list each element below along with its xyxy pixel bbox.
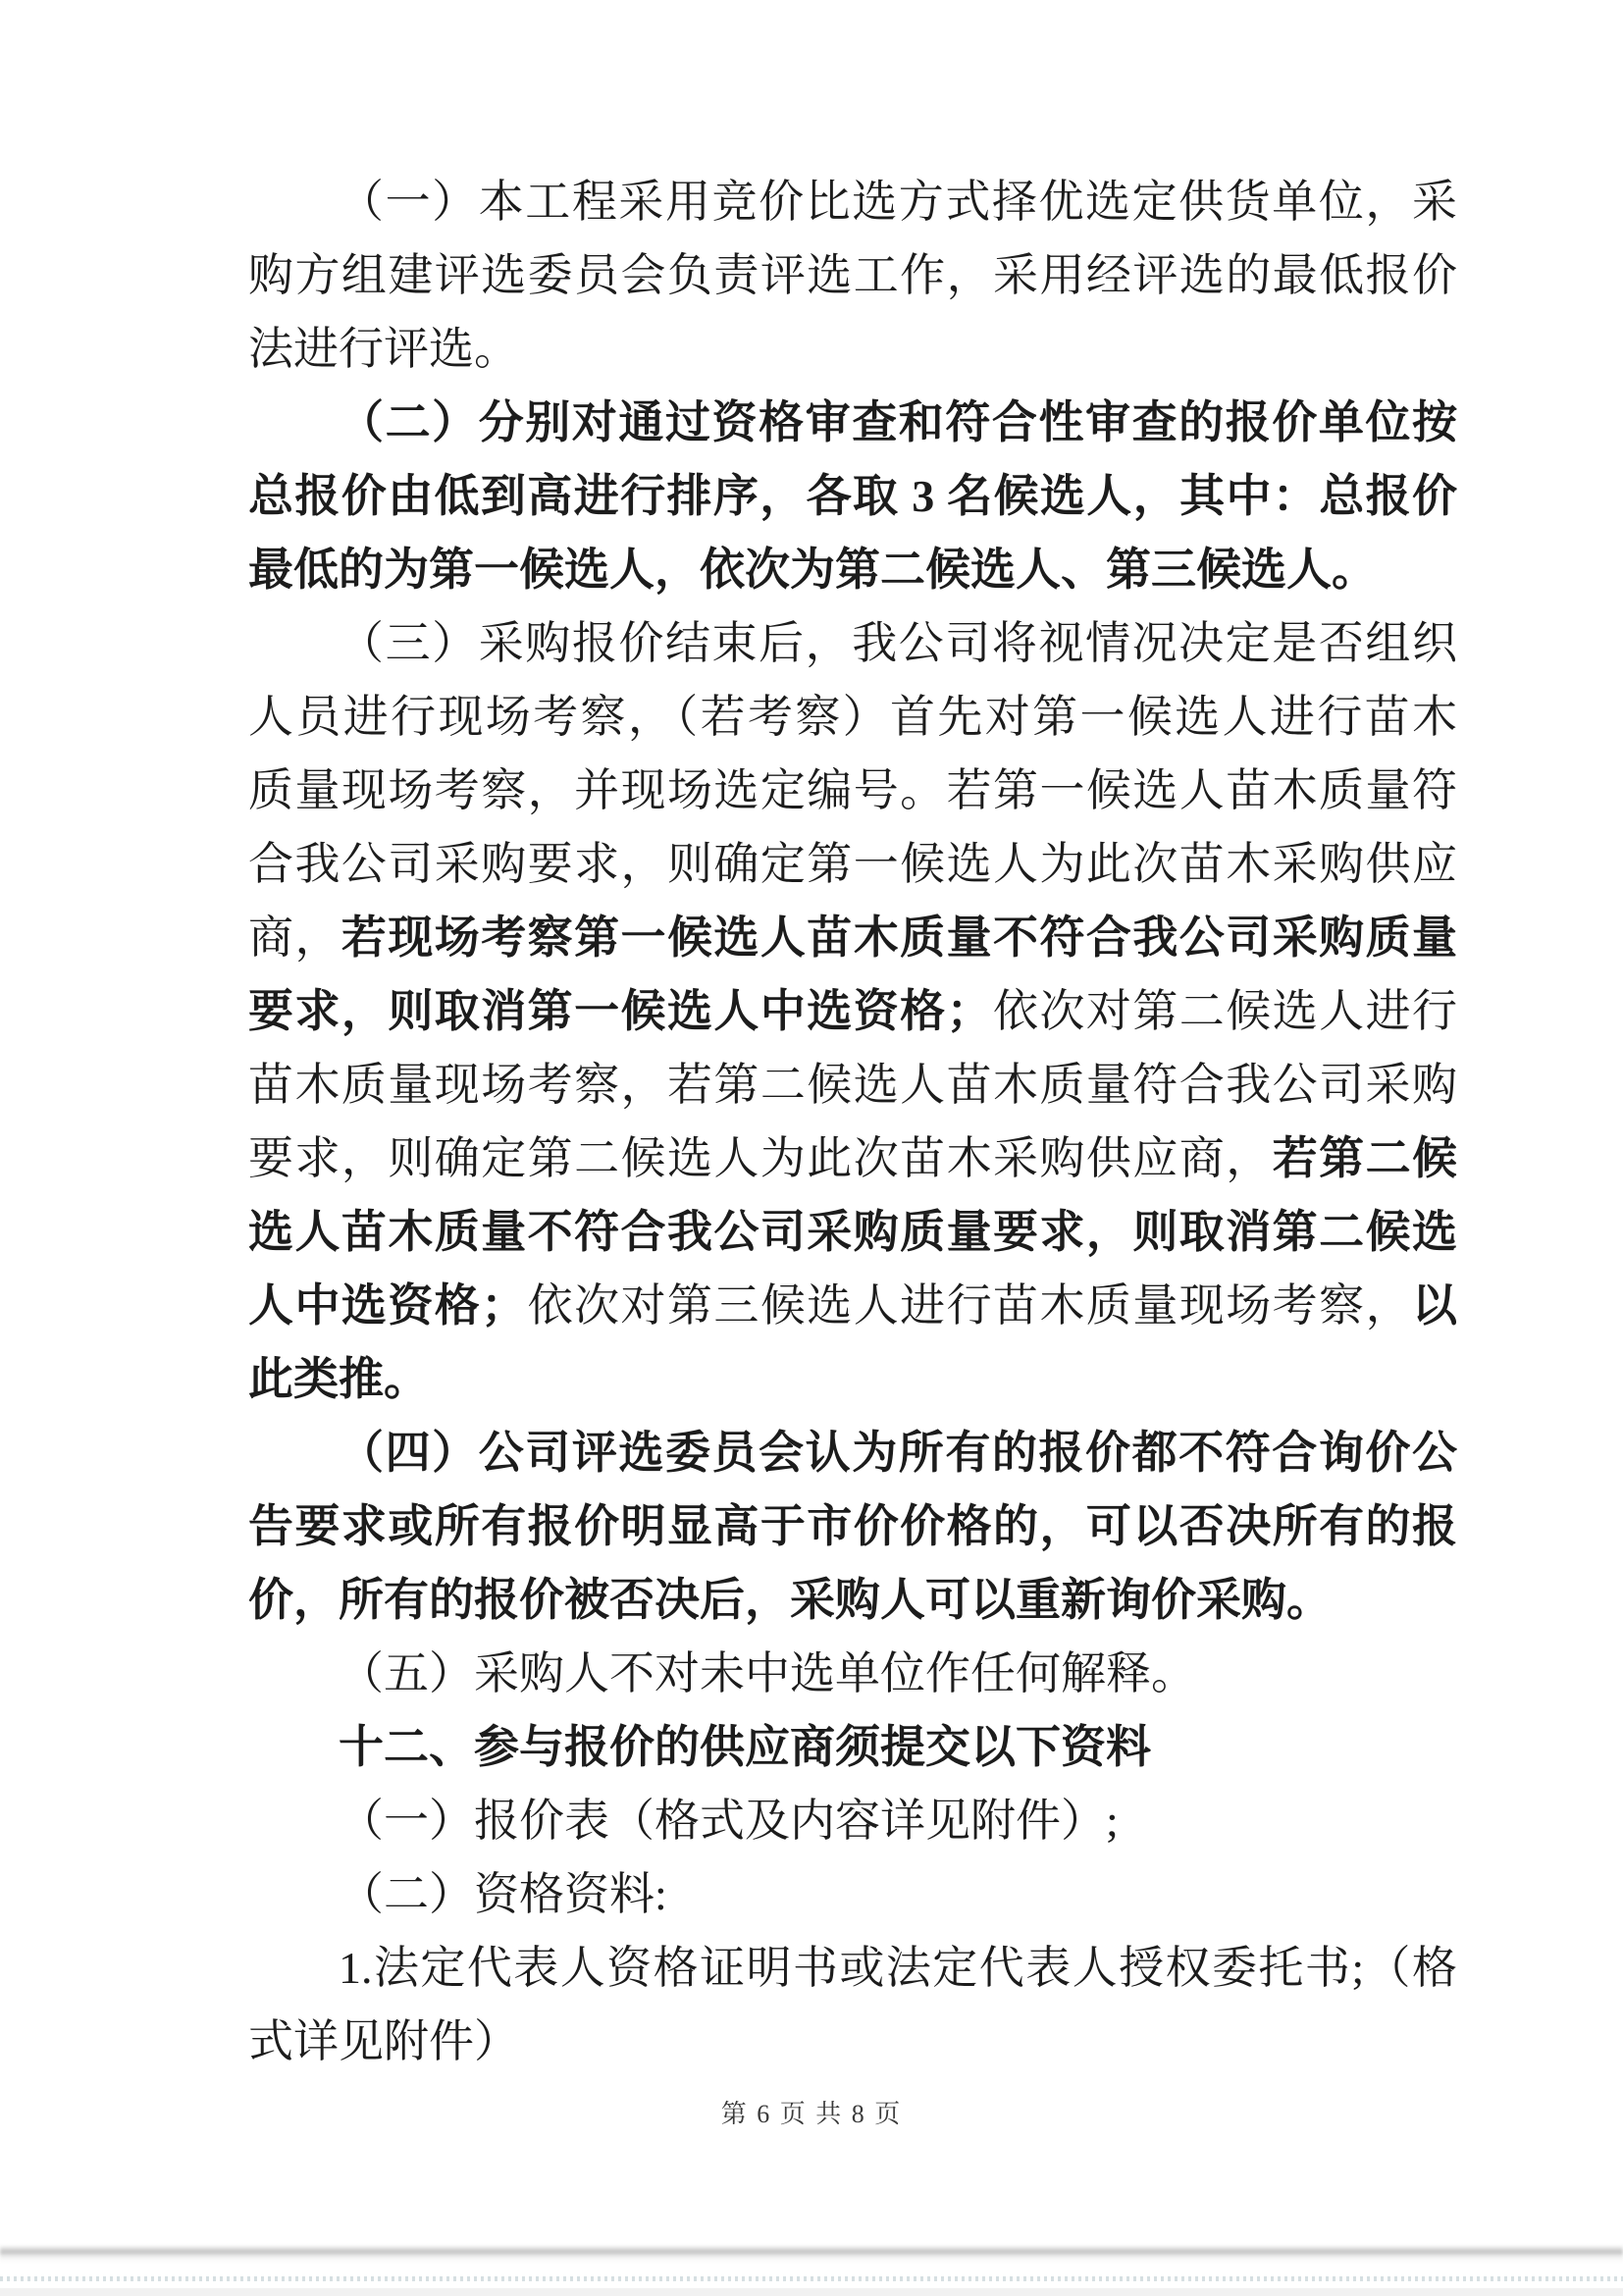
text-line: 价，所有的报价被否决后，采购人可以重新询价采购。 — [248, 1563, 1457, 1637]
bold-text-run: （二）分别对通过资格审查和符合性审查的报价单位按 — [339, 397, 1457, 447]
bold-text-run: （四）公司评选委员会认为所有的报价都不符合询价公 — [339, 1428, 1457, 1478]
text-run: 依次对第二候选人进行 — [992, 986, 1457, 1036]
text-run: （三）采购报价结束后，我公司将视情况决定是否组织 — [339, 618, 1457, 668]
scan-speckle-line — [0, 2276, 1623, 2281]
text-line: （二）分别对通过资格审查和符合性审查的报价单位按 — [248, 386, 1457, 459]
bold-text-run: 最低的为第一候选人，依次为第二候选人、第三候选人。 — [248, 545, 1377, 595]
text-line: 最低的为第一候选人，依次为第二候选人、第三候选人。 — [248, 533, 1457, 606]
text-run: 苗木质量现场考察，若第二候选人苗木质量符合我公司采购 — [248, 1060, 1457, 1110]
text-run: 式详见附件） — [248, 2016, 519, 2066]
bold-text-run: 价，所有的报价被否决后，采购人可以重新询价采购。 — [248, 1575, 1332, 1625]
text-line: （四）公司评选委员会认为所有的报价都不符合询价公 — [248, 1416, 1457, 1489]
bold-text-run: 以 — [1412, 1280, 1457, 1331]
text-run: （二）资格资料: — [339, 1869, 667, 1919]
text-line: 要求，则确定第二候选人为此次苗木采购供应商，若第二候 — [248, 1122, 1457, 1195]
text-line: 购方组建评选委员会负责评选工作，采用经评选的最低报价 — [248, 238, 1457, 312]
text-line: 十二、参与报价的供应商须提交以下资料 — [248, 1710, 1457, 1784]
text-line: （一）本工程采用竞价比选方式择优选定供货单位，采 — [248, 165, 1457, 238]
text-run: 合我公司采购要求，则确定第一候选人为此次苗木采购供应 — [248, 839, 1457, 889]
text-line: （一）报价表（格式及内容详见附件）; — [248, 1784, 1457, 1857]
text-run: 质量现场考察，并现场选定编号。若第一候选人苗木质量符 — [248, 765, 1457, 815]
text-run: 依次对第三候选人进行苗木质量现场考察， — [526, 1280, 1412, 1331]
text-line: 要求，则取消第一候选人中选资格；依次对第二候选人进行 — [248, 974, 1457, 1048]
bold-text-run: 告要求或所有报价明显高于市价价格的，可以否决所有的报 — [248, 1501, 1457, 1551]
bold-text-run: 十二、参与报价的供应商须提交以下资料 — [339, 1722, 1151, 1772]
scanned-document-screenshot: { "colors": { "ink": "#1c1c1c", "paper":… — [0, 0, 1623, 2296]
text-line: （五）采购人不对未中选单位作任何解释。 — [248, 1637, 1457, 1710]
text-run: 人员进行现场考察，（若考察）首先对第一候选人进行苗木 — [248, 692, 1457, 742]
bold-text-run: 总报价由低到高进行排序，各取 3 名候选人，其中：总报价 — [248, 471, 1457, 521]
text-line: 质量现场考察，并现场选定编号。若第一候选人苗木质量符 — [248, 754, 1457, 827]
bold-text-run: 若现场考察第一候选人苗木质量不符合我公司采购质量 — [341, 913, 1457, 963]
text-run: 1.法定代表人资格证明书或法定代表人授权委托书;（格 — [339, 1943, 1457, 1993]
page-number: 第 6 页 共 8 页 — [721, 2100, 903, 2128]
text-line: 1.法定代表人资格证明书或法定代表人授权委托书;（格 — [248, 1931, 1457, 2005]
text-line: 总报价由低到高进行排序，各取 3 名候选人，其中：总报价 — [248, 459, 1457, 533]
text-run: 购方组建评选委员会负责评选工作，采用经评选的最低报价 — [248, 250, 1457, 300]
text-run: 商， — [248, 913, 341, 963]
text-run: 法进行评选。 — [248, 324, 519, 374]
text-run: （一）本工程采用竞价比选方式择优选定供货单位，采 — [339, 177, 1457, 227]
scan-bottom-edge — [0, 2288, 1623, 2296]
bold-text-run: 选人苗木质量不符合我公司采购质量要求，则取消第二候选 — [248, 1207, 1457, 1257]
text-line: 法进行评选。 — [248, 312, 1457, 386]
bold-text-run: 人中选资格； — [248, 1280, 526, 1331]
text-line: 式详见附件） — [248, 2005, 1457, 2078]
text-line: 商，若现场考察第一候选人苗木质量不符合我公司采购质量 — [248, 901, 1457, 974]
text-line: （三）采购报价结束后，我公司将视情况决定是否组织 — [248, 606, 1457, 680]
document-page: （一）本工程采用竞价比选方式择优选定供货单位，采购方组建评选委员会负责评选工作，… — [0, 0, 1623, 2296]
text-line: 选人苗木质量不符合我公司采购质量要求，则取消第二候选 — [248, 1195, 1457, 1269]
bold-text-run: 此类推。 — [248, 1354, 429, 1404]
page-footer: 第 6 页 共 8 页 — [0, 2094, 1623, 2130]
text-run: （一）报价表（格式及内容详见附件）; — [339, 1796, 1119, 1846]
scan-edge-shadow — [0, 2245, 1623, 2263]
text-line: 合我公司采购要求，则确定第一候选人为此次苗木采购供应 — [248, 827, 1457, 901]
text-line: 人中选资格；依次对第三候选人进行苗木质量现场考察，以 — [248, 1269, 1457, 1342]
text-line: 苗木质量现场考察，若第二候选人苗木质量符合我公司采购 — [248, 1048, 1457, 1122]
text-line: 人员进行现场考察，（若考察）首先对第一候选人进行苗木 — [248, 680, 1457, 754]
text-line: （二）资格资料: — [248, 1857, 1457, 1931]
text-run: （五）采购人不对未中选单位作任何解释。 — [339, 1648, 1196, 1698]
text-line: 此类推。 — [248, 1342, 1457, 1416]
text-line: 告要求或所有报价明显高于市价价格的，可以否决所有的报 — [248, 1489, 1457, 1563]
text-run: 要求，则确定第二候选人为此次苗木采购供应商， — [248, 1133, 1273, 1183]
bold-text-run: 若第二候 — [1273, 1133, 1457, 1183]
document-body: （一）本工程采用竞价比选方式择优选定供货单位，采购方组建评选委员会负责评选工作，… — [248, 165, 1457, 2078]
bold-text-run: 要求，则取消第一候选人中选资格； — [248, 986, 992, 1036]
